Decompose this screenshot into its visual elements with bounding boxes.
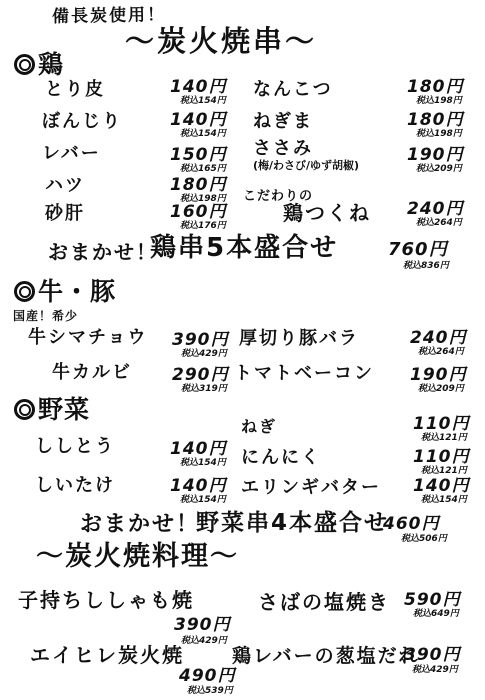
menu-item-price: 190円 [410,367,467,384]
menu-item-price: 140円 [170,112,227,129]
menu-item-price: 140円 [170,441,227,458]
menu-item-name: しいたけ [35,477,115,495]
menu-item-name: 砂肝 [45,205,85,223]
dish-tax: 税込649円 [413,610,459,619]
section-title: 鶏 [38,52,64,77]
menu-item-price: 240円 [410,330,467,347]
menu-item-price: 240円 [407,201,464,218]
menu-item-price: 390円 [172,332,229,349]
menu-item-note: (梅/わさび/ゆず胡椒) [253,160,359,171]
set-price: 760円 [388,241,448,259]
menu-item-price: 190円 [407,147,464,164]
menu-item-name: ねぎま [253,113,313,131]
dish-name: さばの塩焼き [258,592,390,612]
menu-item-price: 160円 [170,204,227,221]
menu-item-name: ささみ [253,140,313,158]
menu-item-tax: 税込209円 [418,385,464,394]
menu-item-tax: 税込319円 [181,385,227,394]
menu-item-name: ハツ [45,177,85,195]
menu-item-price: 290円 [172,367,229,384]
menu-item-tax: 税込198円 [416,97,462,106]
menu-item-tax: 税込154円 [180,496,226,505]
menu-item-name: ねぎ [241,419,277,435]
section-title: 野菜 [38,397,90,422]
section-title: 牛・豚 [38,279,116,304]
menu-item-tax: 税込154円 [180,459,226,468]
menu-item-price: 110円 [413,449,470,466]
dish-tax: 税込429円 [412,666,458,675]
dish-price: 490円 [179,668,236,685]
section-subnote: 国産！希少 [13,310,78,322]
menu-item-name: にんにく [241,449,321,467]
set-price: 460円 [383,516,440,533]
menu-item-tax: 税込165円 [180,165,226,174]
menu-item-name: なんこつ [253,81,333,99]
section-bullet-icon [14,54,35,75]
dish-tax: 税込539円 [187,687,233,696]
menu-item-tax: 税込198円 [416,130,462,139]
set-label-big: 鶏串5本盛合せ [150,235,338,261]
menu-item-price: 110円 [413,416,470,433]
dish-tax: 税込429円 [181,637,227,646]
dish-name: 鶏レバーの葱塩だれ [232,647,420,666]
menu-item-name: とり皮 [45,81,105,99]
set-tax: 税込506円 [401,535,447,544]
set-tax: 税込836円 [403,262,449,271]
menu-item-name: 牛シマチョウ [28,329,147,347]
menu-item-tax: 税込264円 [418,348,464,357]
menu-item-name: レバー [42,145,101,163]
dish-price: 390円 [174,617,231,634]
menu-item-name: 厚切り豚バラ [239,330,359,348]
set-label-small: おまかせ！ [48,242,158,262]
section-header-chicken: 鶏 [14,52,64,77]
menu-item-name: 鶏つくね [283,203,371,223]
menu-item-price: 180円 [407,79,464,96]
section-header-beef-pork: 牛・豚 [14,279,116,304]
menu-item-tax: 税込209円 [416,165,462,174]
dish-name: エイヒレ炭火焼 [30,645,184,665]
menu-item-name: ぼんじり [42,113,122,131]
menu-item-tax: 税込176円 [180,222,226,231]
menu-item-name: ししとう [35,438,115,456]
menu-item-name: エリンギバター [241,479,381,497]
menu-item-tax: 税込121円 [421,467,467,476]
menu-item-price: 140円 [170,478,227,495]
dish-name: 子持ちししゃも焼 [18,590,194,610]
menu-item-price: 140円 [170,79,227,96]
section-header-vegetables: 野菜 [14,397,90,422]
set-label-small: おまかせ！ [80,514,200,536]
dish-price: 590円 [404,592,461,609]
page-title-2: 〜炭火焼料理〜 [36,543,239,570]
menu-item-price: 150円 [170,147,227,164]
menu-item-name: 牛カルビ [52,364,132,382]
menu-item-price: 180円 [407,112,464,129]
menu-item-tax: 税込154円 [421,496,467,505]
menu-item-tax: 税込154円 [180,97,226,106]
page-title: 〜炭火焼串〜 [125,27,317,56]
menu-item-tax: 税込264円 [416,219,462,228]
section-bullet-icon [14,399,35,420]
menu-item-tax: 税込429円 [181,350,227,359]
menu-item-tax: 税込154円 [180,130,226,139]
set-label-big: 野菜串4本盛合せ [196,512,389,535]
menu-item-tax: 税込121円 [421,434,467,443]
dish-price: 390円 [404,647,461,664]
menu-page: { "menu": { "tagline": "備長炭使用！", "title"… [0,0,485,700]
section-bullet-icon [14,281,35,302]
menu-item-name: トマトベーコン [234,365,374,383]
menu-item-price: 180円 [170,177,227,194]
menu-item-price: 140円 [413,478,470,495]
